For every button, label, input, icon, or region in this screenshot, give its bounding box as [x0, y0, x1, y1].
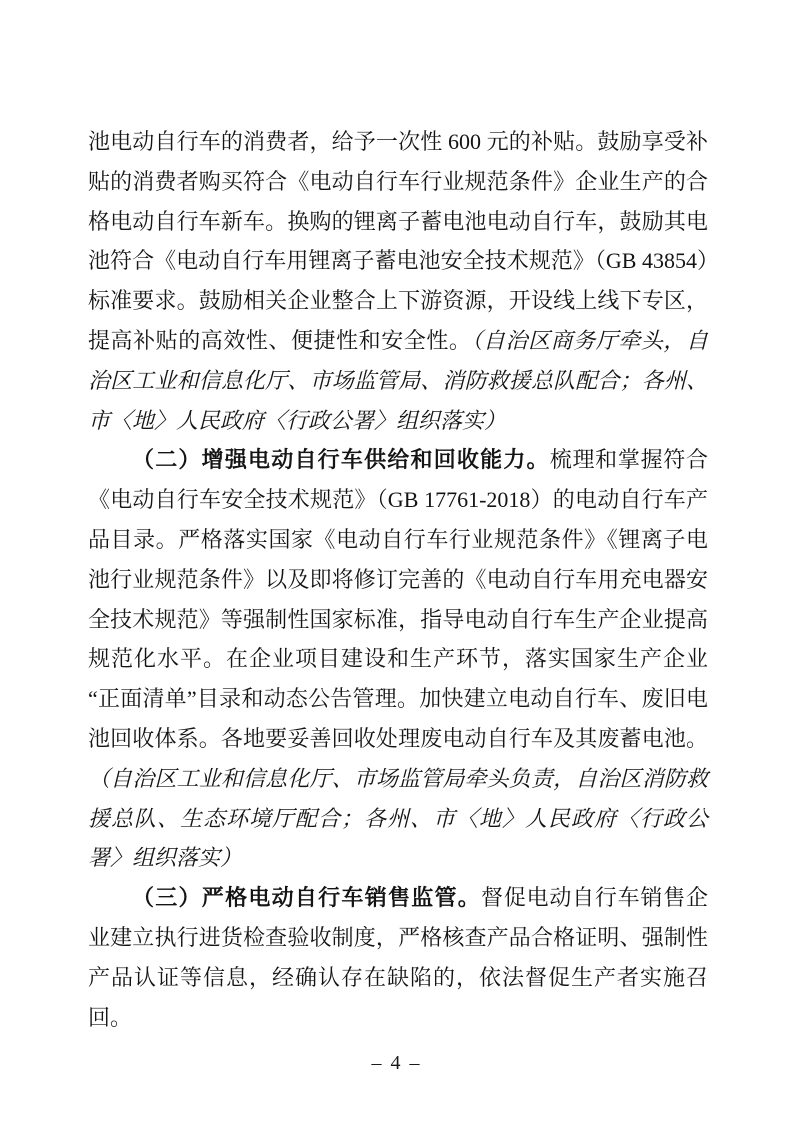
page-number: – 4 – — [372, 1052, 422, 1074]
document-body: 池电动自行车的消费者，给予一次性 600 元的补贴。鼓励享受补贴的消费者购买符合… — [88, 122, 708, 1037]
section-heading-2: （二）增强电动自行车供给和回收能力。 — [132, 447, 550, 472]
page-footer: – 4 – — [0, 1052, 793, 1075]
section-heading-3: （三）严格电动自行车销售监管。 — [132, 885, 481, 910]
body-text: 梳理和掌握符合《电动自行车安全技术规范》（GB 17761-2018）的电动自行… — [88, 447, 708, 751]
responsibility-note: （自治区工业和信息化厅、市场监管局牵头负责，自治区消防救援总队、生态环境厅配合；… — [88, 766, 708, 871]
paragraph-section-2: （二）增强电动自行车供给和回收能力。梳理和掌握符合《电动自行车安全技术规范》（G… — [88, 440, 708, 878]
paragraph-continuation: 池电动自行车的消费者，给予一次性 600 元的补贴。鼓励享受补贴的消费者购买符合… — [88, 122, 708, 440]
body-text: 池电动自行车的消费者，给予一次性 600 元的补贴。鼓励享受补贴的消费者购买符合… — [88, 129, 708, 353]
document-page: 池电动自行车的消费者，给予一次性 600 元的补贴。鼓励享受补贴的消费者购买符合… — [0, 0, 793, 1122]
paragraph-section-3: （三）严格电动自行车销售监管。督促电动自行车销售企业建立执行进货检查验收制度，严… — [88, 878, 708, 1037]
